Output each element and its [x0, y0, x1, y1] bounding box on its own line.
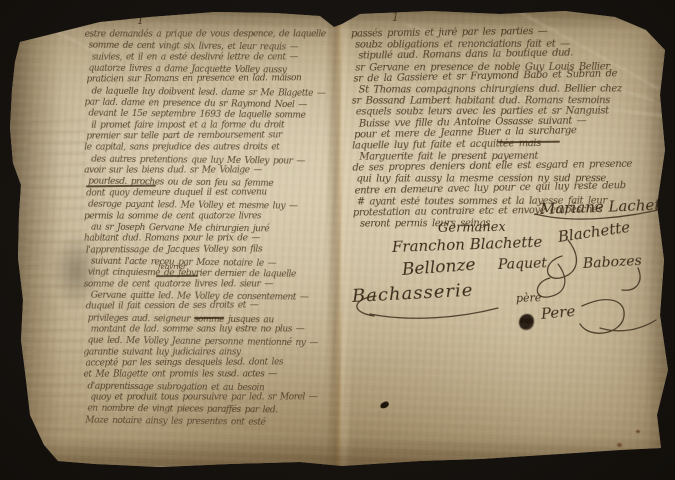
manuscript-line: estre demandés a prique de vous despence…	[85, 29, 337, 41]
signature: Babozes	[583, 253, 643, 272]
manuscript-line: permis la somme de cent quatorze livres	[84, 211, 336, 223]
manuscript-line: somme de cent quatorze livres led. sieur…	[84, 279, 336, 291]
manuscript-line: et Me Blagette ont promis les susd. acte…	[83, 370, 335, 382]
ink-strikethrough	[194, 317, 224, 319]
page-number-left: 1	[137, 14, 144, 27]
ink-bleedthrough	[26, 110, 87, 431]
manuscript-line: l'apprentissage de Jacques Volley son fi…	[86, 244, 336, 257]
manuscript-line: suivies, et il en a esté deslivré lettre…	[92, 52, 337, 64]
signature: Franchon Blachette	[392, 233, 543, 256]
torn-left-edge-shadow	[0, 0, 62, 480]
manuscript-line: accepté par les seings desquels lesd. do…	[85, 357, 335, 370]
signature: Paquet	[498, 255, 548, 273]
page-number-right: 1	[392, 11, 399, 24]
manuscript-line: dont quoy demeure duquel il est convenu	[86, 187, 336, 200]
manuscript-sheet: 1 1 estre demandés a prique de vous desp…	[0, 0, 675, 480]
manuscript-line: premier sur telle part de remboursement …	[86, 130, 336, 143]
stain	[636, 430, 640, 433]
signature: Bachasserie	[351, 280, 473, 307]
ink-strikethrough	[156, 275, 198, 277]
manuscript-line: avoir sur les biens dud. sr Me Volaige —	[84, 165, 336, 177]
manuscript-line: praticien sur Romans en presence en lad.…	[86, 73, 336, 86]
signature: Pere	[540, 302, 576, 323]
left-page-text: estre demandés a prique de vous despence…	[83, 30, 336, 428]
manuscript-line: le capital, sans prejudice des autres dr…	[84, 143, 336, 155]
manuscript-line: quoy et produit tous poursuivre par led.…	[90, 392, 335, 404]
paper-hole	[379, 401, 390, 410]
ink-blot	[519, 314, 534, 330]
interline-insertion: febvrier	[158, 263, 186, 271]
manuscript-line: Moze notaire ainsy les presentes ont est…	[85, 415, 335, 429]
stain	[601, 452, 607, 455]
signature: père	[516, 291, 542, 305]
manuscript-line: montant de lad. somme sans luy estre no …	[91, 324, 336, 336]
signature: Bellonze	[401, 255, 476, 280]
manuscript-line: duquel il fait cession de ses droits et …	[86, 300, 336, 313]
manuscript-line: stipullé aud. Romans dans la boutique du…	[358, 47, 663, 62]
photo-background: 1 1 estre demandés a prique de vous desp…	[0, 0, 675, 480]
manuscript-line: St Thomas compagnons chirurgiens dud. Be…	[359, 83, 664, 96]
stain	[617, 443, 622, 447]
bottom-edge-shadow	[0, 438, 675, 466]
